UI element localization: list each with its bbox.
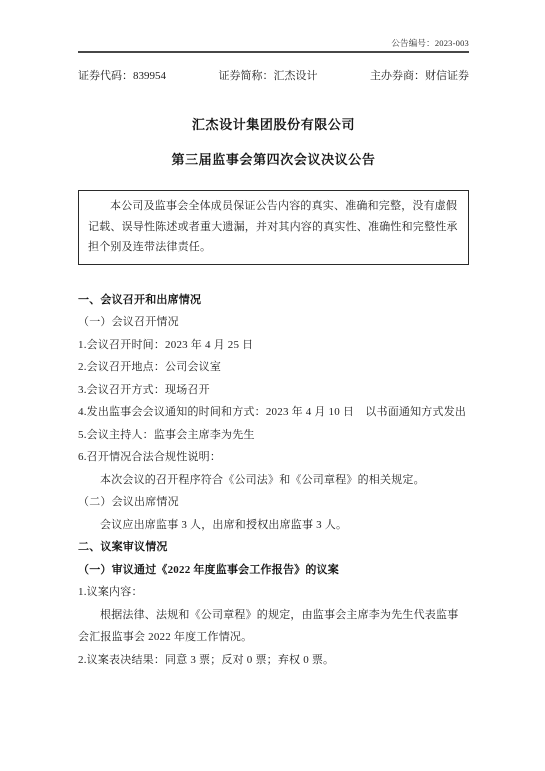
proposal-content-text: 根据法律、法规和《公司章程》的规定，由监事会主席李为先生代表监事会汇报监事会 2… — [78, 604, 469, 649]
meeting-resolution-title: 第三届监事会第四次会议决议公告 — [78, 149, 469, 168]
section1-heading: 一、会议召开和出席情况 — [78, 289, 469, 312]
securities-info-row: 证券代码：839954 证券简称：汇杰设计 主办券商：财信证券 — [78, 67, 469, 83]
announcement-number: 公告编号：2023-003 — [78, 37, 469, 49]
company-name-title: 汇杰设计集团股份有限公司 — [78, 114, 469, 133]
meeting-time-item: 1.会议召开时间：2023 年 4 月 25 日 — [78, 334, 469, 357]
meeting-notice-item: 4.发出监事会会议通知的时间和方式：2023 年 4 月 10 日 以书面通知方… — [78, 401, 469, 424]
meeting-place-item: 2.会议召开地点：公司会议室 — [78, 356, 469, 379]
announcement-document: 公告编号：2023-003 证券代码：839954 证券简称：汇杰设计 主办券商… — [0, 0, 545, 771]
header-rule — [78, 51, 469, 53]
document-body: 一、会议召开和出席情况 （一）会议召开情况 1.会议召开时间：2023 年 4 … — [78, 289, 469, 672]
meeting-host-item: 5.会议主持人：监事会主席李为先生 — [78, 424, 469, 447]
vote-result: 2.议案表决结果：同意 3 票；反对 0 票；弃权 0 票。 — [78, 649, 469, 672]
meeting-method-item: 3.会议召开方式：现场召开 — [78, 379, 469, 402]
proposal-title: （一）审议通过《2022 年度监事会工作报告》的议案 — [78, 559, 469, 582]
section2-heading: 二、议案审议情况 — [78, 536, 469, 559]
proposal-content-label: 1.议案内容： — [78, 581, 469, 604]
stock-code: 证券代码：839954 — [78, 67, 166, 83]
legality-label-item: 6.召开情况合法合规性说明： — [78, 446, 469, 469]
sponsor-broker: 主办券商：财信证券 — [370, 67, 469, 83]
stock-short-name: 证券简称：汇杰设计 — [219, 67, 318, 83]
section1-sub2-title: （二）会议出席情况 — [78, 491, 469, 514]
disclaimer-box: 本公司及监事会全体成员保证公告内容的真实、准确和完整，没有虚假记载、误导性陈述或… — [78, 190, 469, 265]
legality-note: 本次会议的召开程序符合《公司法》和《公司章程》的相关规定。 — [78, 469, 469, 492]
disclaimer-text: 本公司及监事会全体成员保证公告内容的真实、准确和完整，没有虚假记载、误导性陈述或… — [88, 196, 459, 258]
attendance-note: 会议应出席监事 3 人，出席和授权出席监事 3 人。 — [78, 514, 469, 537]
document-content: 公告编号：2023-003 证券代码：839954 证券简称：汇杰设计 主办券商… — [0, 37, 545, 671]
section1-sub1-title: （一）会议召开情况 — [78, 311, 469, 334]
